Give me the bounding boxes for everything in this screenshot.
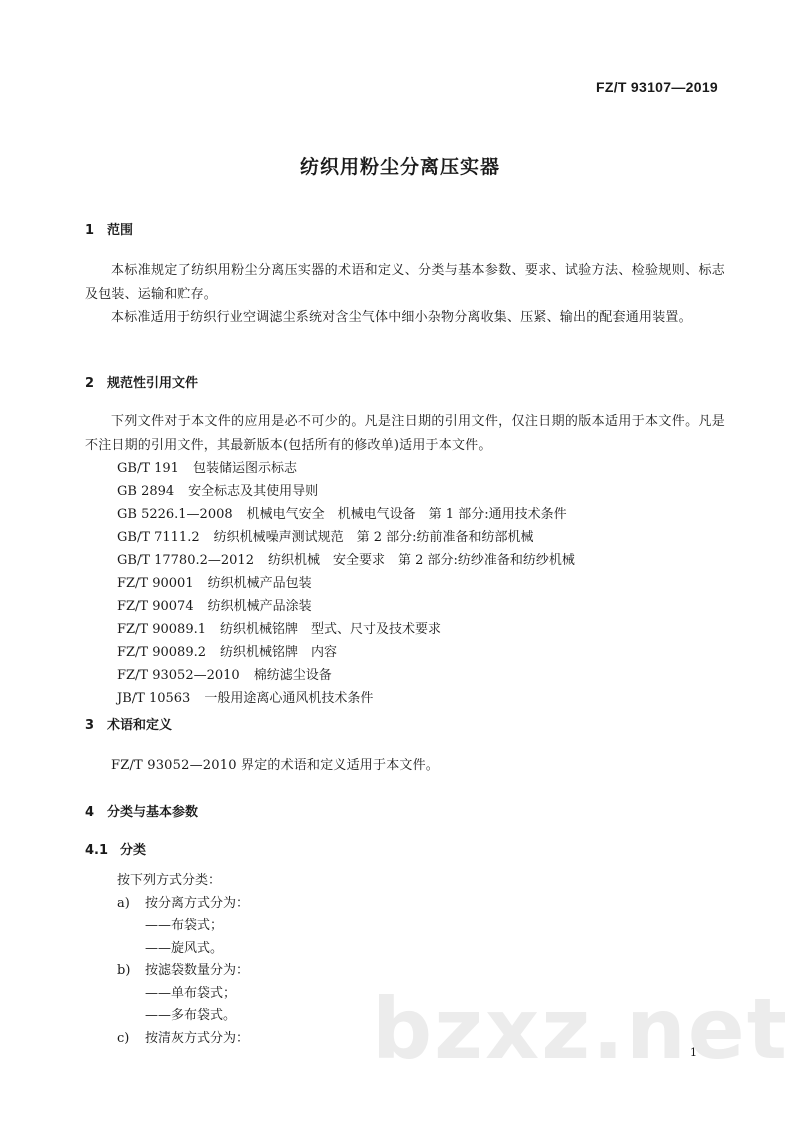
reference-code: FZ/T 90089.1 xyxy=(117,618,206,642)
classification-list: 按下列方式分类： a)按分离方式分为： ——布袋式； ——旋风式。 b)按滤袋数… xyxy=(117,870,249,1050)
reference-item: FZ/T 93052—2010棉纺滤尘设备 xyxy=(117,664,332,688)
list-item-b: b)按滤袋数量分为： xyxy=(117,960,249,983)
reference-item: GB 5226.1—2008机械电气安全 机械电气设备 第 1 部分:通用技术条… xyxy=(117,503,567,527)
reference-title: 纺织机械 安全要求 第 2 部分:纺纱准备和纺纱机械 xyxy=(268,553,575,568)
section-number: 3 xyxy=(85,718,107,733)
section-number: 1 xyxy=(85,223,107,238)
reference-code: GB 2894 xyxy=(117,480,174,504)
reference-code: GB/T 7111.2 xyxy=(117,526,200,550)
reference-item: GB/T 7111.2纺织机械噪声测试规范 第 2 部分:纺前准备和纺部机械 xyxy=(117,526,534,550)
reference-title: 安全标志及其使用导则 xyxy=(188,484,318,499)
reference-item: GB 2894安全标志及其使用导则 xyxy=(117,480,318,504)
section-title: 分类 xyxy=(120,843,146,858)
reference-code: JB/T 10563 xyxy=(117,687,190,711)
document-title: 纺织用粉尘分离压实器 xyxy=(0,152,800,179)
section-3-heading: 3术语和定义 xyxy=(85,714,172,733)
reference-code: FZ/T 90001 xyxy=(117,572,194,596)
reference-title: 纺织机械产品包装 xyxy=(208,576,312,591)
standard-code: FZ/T 93107—2019 xyxy=(596,79,718,95)
reference-item: FZ/T 90074纺织机械产品涂装 xyxy=(117,595,312,619)
reference-item: FZ/T 90001纺织机械产品包装 xyxy=(117,572,312,596)
reference-title: 机械电气安全 机械电气设备 第 1 部分:通用技术条件 xyxy=(247,507,567,522)
page-number: 1 xyxy=(690,1046,697,1059)
section-title: 规范性引用文件 xyxy=(107,376,198,391)
reference-code: FZ/T 93052—2010 xyxy=(117,664,240,688)
reference-title: 纺织机械铭牌 型式、尺寸及技术要求 xyxy=(220,622,441,637)
section-number: 2 xyxy=(85,376,107,391)
reference-title: 包装储运图示标志 xyxy=(193,461,297,476)
reference-item: GB/T 191包装储运图示标志 xyxy=(117,457,297,481)
classification-intro: 按下列方式分类： xyxy=(117,870,249,893)
list-item-a: a)按分离方式分为： xyxy=(117,893,249,916)
scope-paragraph-1: 本标准规定了纺织用粉尘分离压实器的术语和定义、分类与基本参数、要求、试验方法、检… xyxy=(85,259,725,306)
reference-title: 纺织机械产品涂装 xyxy=(208,599,312,614)
list-subitem: ——多布袋式。 xyxy=(117,1005,249,1028)
section-4-heading: 4分类与基本参数 xyxy=(85,801,198,820)
section-number: 4 xyxy=(85,805,107,820)
reference-item: FZ/T 90089.1纺织机械铭牌 型式、尺寸及技术要求 xyxy=(117,618,441,642)
reference-code: GB/T 191 xyxy=(117,457,179,481)
reference-code: FZ/T 90074 xyxy=(117,595,194,619)
reference-code: GB/T 17780.2—2012 xyxy=(117,549,254,573)
section-title: 术语和定义 xyxy=(107,718,172,733)
reference-title: 一般用途离心通风机技术条件 xyxy=(204,691,373,706)
reference-title: 纺织机械噪声测试规范 第 2 部分:纺前准备和纺部机械 xyxy=(214,530,534,545)
section-number: 4.1 xyxy=(85,843,120,858)
section-2-heading: 2规范性引用文件 xyxy=(85,372,198,391)
reference-title: 纺织机械铭牌 内容 xyxy=(220,645,337,660)
scope-paragraph-2: 本标准适用于纺织行业空调滤尘系统对含尘气体中细小杂物分离收集、压紧、输出的配套通… xyxy=(85,306,725,330)
reference-code: GB 5226.1—2008 xyxy=(117,503,233,527)
reference-item: FZ/T 90089.2纺织机械铭牌 内容 xyxy=(117,641,337,665)
list-subitem: ——旋风式。 xyxy=(117,938,249,961)
section-title: 分类与基本参数 xyxy=(107,805,198,820)
reference-item: JB/T 10563一般用途离心通风机技术条件 xyxy=(117,687,373,711)
references-intro: 下列文件对于本文件的应用是必不可少的。凡是注日期的引用文件，仅注日期的版本适用于… xyxy=(85,410,725,457)
list-subitem: ——布袋式； xyxy=(117,915,249,938)
reference-title: 棉纺滤尘设备 xyxy=(254,668,332,683)
section-title: 范围 xyxy=(107,223,133,238)
terms-paragraph: FZ/T 93052—2010 界定的术语和定义适用于本文件。 xyxy=(85,754,725,778)
reference-item: GB/T 17780.2—2012纺织机械 安全要求 第 2 部分:纺纱准备和纺… xyxy=(117,549,575,573)
watermark: bzxz.net xyxy=(372,980,789,1078)
subsection-4-1-heading: 4.1分类 xyxy=(85,839,146,858)
section-1-heading: 1范围 xyxy=(85,219,133,238)
reference-code: FZ/T 90089.2 xyxy=(117,641,206,665)
list-item-c: c)按清灰方式分为： xyxy=(117,1028,249,1051)
list-subitem: ——单布袋式； xyxy=(117,983,249,1006)
